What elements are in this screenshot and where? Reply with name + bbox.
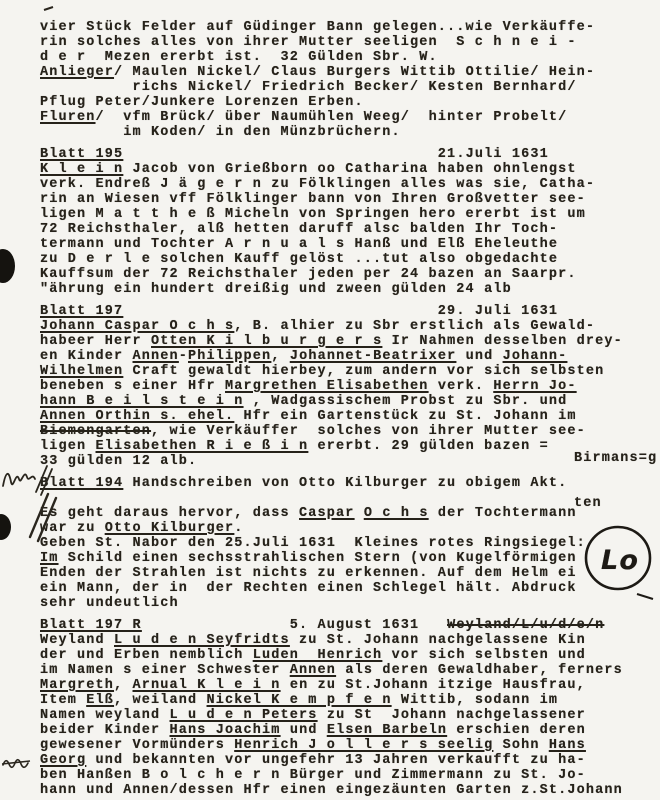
text-segment: gewesener Vormünders (40, 738, 234, 753)
text-line: habeer Herr Otten K i l b u r g e r s Ir… (40, 334, 654, 349)
block-blatt-197r: Blatt 197 R 5. August 1631 Weyland/L/u/d… (40, 618, 654, 798)
text-line: Georg und bekannten vor ungefehr 13 Jahr… (40, 753, 654, 768)
text-line: en Kinder Annen-Philippen, Johannet-Beat… (40, 349, 654, 364)
underlined-text: Blatt 197 (40, 304, 123, 319)
text-segment: / Maulen Nickel/ Claus Burgers Wittib Ot… (114, 65, 595, 80)
text-segment: / vfm Brück/ über Naumühlen Weeg/ hinter… (96, 110, 568, 125)
text-segment: der und Erben nemblich (40, 648, 253, 663)
text-line: 72 Reichsthaler, alß hetten daruff alsc … (40, 222, 654, 237)
underlined-text: Otten K i l b u r g e r s (151, 334, 382, 349)
text-line: Wilhelmen Craft gewaldt hierbey, zum and… (40, 364, 654, 379)
underlined-text: Elß (86, 693, 114, 708)
underlined-text: Margrethen Elisabethen (225, 379, 429, 394)
text-line: Pflug Peter/Junkere Lorenzen Erben. (40, 95, 654, 110)
text-line: ein Mann, der in der Rechten einen Schle… (40, 581, 654, 596)
underlined-text: Hans Joachim (170, 723, 281, 738)
text-line: im Namen s einer Schwester Annen als der… (40, 663, 654, 678)
text-segment: zu D e r l e solchen Kauff gelöst ...tut… (40, 252, 558, 267)
text-segment: "ährung ein hundert dreißig und zween gü… (40, 282, 512, 297)
block-blatt-194: Blatt 194 Handschreiben von Otto Kilburg… (40, 476, 654, 611)
text-segment: - (179, 349, 188, 364)
margin-note-birmansgarten: Birmans=g ten (574, 421, 657, 541)
underlined-text: Henrich J o l l e r s seelig (234, 738, 493, 753)
text-segment: im Koden/ in den Münzbrüchern. (40, 125, 401, 140)
margin-note-line: ten (574, 496, 657, 511)
text-segment: verk. Endreß J ä g e r n zu Fölklingen a… (40, 177, 595, 192)
text-segment: zu St Johann nachgelassener (318, 708, 586, 723)
text-segment: Wittib, sodann im (392, 693, 559, 708)
struck-text: Weyland/L/u/d/e/n (447, 618, 604, 633)
text-line: Blatt 194 Handschreiben von Otto Kilburg… (40, 476, 654, 491)
underlined-text: Johann Caspar O c h s (40, 319, 234, 334)
underlined-text: Blatt 197 R (40, 618, 142, 633)
text-segment: beneben s einer Hfr (40, 379, 225, 394)
underlined-text: Anlieger (40, 65, 114, 80)
text-line: Weyland L u d e n Seyfridts zu St. Johan… (40, 633, 654, 648)
underlined-text: Blatt 195 (40, 147, 123, 162)
text-segment: Pflug Peter/Junkere Lorenzen Erben. (40, 95, 364, 110)
underlined-text: K l e i n (40, 162, 123, 177)
text-line: hann und Annen/dessen Hfr einen eingezäu… (40, 783, 654, 798)
text-segment: Namen weyland (40, 708, 170, 723)
bottom-scribble-annotation (2, 760, 30, 768)
text-segment: 21.Juli 1631 (123, 147, 549, 162)
text-segment: ben Hanßen B o l c h e r n Bürger und Zi… (40, 768, 586, 783)
text-line: 33 gülden 12 alb. (40, 454, 654, 469)
text-segment: und (281, 723, 327, 738)
text-segment: d e r Mezen ererbt ist. 32 Gülden Sbr. W… (40, 50, 438, 65)
text-line: Blatt 195 21.Juli 1631 (40, 147, 654, 162)
underlined-text: Annen (290, 663, 336, 678)
block-fragment-guedinger: vier Stück Felder auf Güdinger Bann gele… (40, 20, 654, 140)
text-segment: Es geht daraus hervor, dass (40, 506, 299, 521)
underlined-text: Elsen Barbeln (327, 723, 447, 738)
text-segment: habeer Herr (40, 334, 151, 349)
typescript-page: vier Stück Felder auf Güdinger Bann gele… (0, 0, 660, 800)
text-segment: , (114, 678, 133, 693)
text-line: "ährung ein hundert dreißig und zween gü… (40, 282, 654, 297)
text-segment: ligen (40, 439, 96, 454)
text-line: ligen M a t t h e ß Micheln von Springen… (40, 207, 654, 222)
text-line (40, 491, 654, 506)
text-line: im Koden/ in den Münzbrüchern. (40, 125, 654, 140)
underlined-text: Elisabethen R i e ß i n (96, 439, 309, 454)
text-line: Annen Orthin s. ehel. Hfr ein Gartenstüc… (40, 409, 654, 424)
text-segment: Kauffsum der 72 Reichsthaler jeden per 2… (40, 267, 577, 282)
text-segment: rin solches alles von ihrer Mutter seeli… (40, 35, 577, 50)
text-segment: 33 gülden 12 alb. (40, 454, 197, 469)
underlined-text: L u d e n Seyfridts (114, 633, 290, 648)
text-segment: , weiland (114, 693, 207, 708)
text-segment: Weyland (40, 633, 114, 648)
text-line: rin solches alles von ihrer Mutter seeli… (40, 35, 654, 50)
text-line: Kauffsum der 72 Reichsthaler jeden per 2… (40, 267, 654, 282)
text-segment: , B. alhier zu Sbr erstlich als Gewald- (234, 319, 595, 334)
text-segment: ererbt. 29 gülden bazen = (308, 439, 549, 454)
text-line: d e r Mezen ererbt ist. 32 Gülden Sbr. W… (40, 50, 654, 65)
text-line: ben Hanßen B o l c h e r n Bürger und Zi… (40, 768, 654, 783)
struck-text: Biemengarten (40, 424, 151, 439)
text-segment: Craft gewaldt hierbey, zum andern vor si… (123, 364, 604, 379)
text-segment: Ir Nahmen desselben drey- (382, 334, 623, 349)
underlined-text: O c h s (364, 506, 429, 521)
text-segment: ein Mann, der in der Rechten einen Schle… (40, 581, 577, 596)
margin-scribble-icon (3, 474, 35, 486)
text-segment: 5. August 1631 (142, 618, 447, 633)
text-line: der und Erben nemblich Luden Henrich vor… (40, 648, 654, 663)
text-line: beneben s einer Hfr Margrethen Elisabeth… (40, 379, 654, 394)
text-segment: 29. Juli 1631 (123, 304, 558, 319)
text-segment: , Wadgassischem Probst zu Sbr. und (244, 394, 568, 409)
text-line: sehr undeutlich (40, 596, 654, 611)
text-segment: erschien deren (447, 723, 586, 738)
underlined-text: Fluren (40, 110, 96, 125)
underlined-text: Hans (549, 738, 586, 753)
underlined-text: Johann- (503, 349, 568, 364)
text-line: Johann Caspar O c h s, B. alhier zu Sbr … (40, 319, 654, 334)
underlined-text: Johannet-Beatrixer (290, 349, 457, 364)
margin-note-line: Birmans=g (574, 451, 657, 466)
text-segment: Sohn (493, 738, 549, 753)
underlined-text: Otto Kilburger (105, 521, 235, 536)
text-segment: Geben St. Nabor den 25.Juli 1631 Kleines… (40, 536, 586, 551)
text-line: Margreth, Arnual K l e i n en zu St.Joha… (40, 678, 654, 693)
text-segment: , wie Verkäuffer solches von ihrer Mutte… (151, 424, 586, 439)
text-segment: Item (40, 693, 86, 708)
text-line: Es geht daraus hervor, dass Caspar O c h… (40, 506, 654, 521)
text-segment: Enden der Strahlen ist nichts zu erkenne… (40, 566, 577, 581)
ink-blob-icon (0, 249, 15, 283)
text-line: Blatt 197 R 5. August 1631 Weyland/L/u/d… (40, 618, 654, 633)
text-line: Im Schild einen sechsstrahlischen Stern … (40, 551, 654, 566)
block-blatt-197: Blatt 197 29. Juli 1631Johann Caspar O c… (40, 304, 654, 469)
text-segment: sehr undeutlich (40, 596, 179, 611)
document-text: vier Stück Felder auf Güdinger Bann gele… (40, 20, 654, 798)
text-segment: Jacob von Grießborn oo Catharina haben o… (123, 162, 576, 177)
block-blatt-195: Blatt 195 21.Juli 1631K l e i n Jacob vo… (40, 147, 654, 297)
underlined-text: Annen Orthin s. ehel. (40, 409, 234, 424)
text-line: vier Stück Felder auf Güdinger Bann gele… (40, 20, 654, 35)
text-line: verk. Endreß J ä g e r n zu Fölklingen a… (40, 177, 654, 192)
underlined-text: Im (40, 551, 59, 566)
text-segment: rin an Wiesen vff Fölklinger bann von Ih… (40, 192, 586, 207)
text-segment: Schild einen sechsstrahlischen Stern (vo… (59, 551, 577, 566)
text-segment (355, 506, 364, 521)
text-line: K l e i n Jacob von Grießborn oo Cathari… (40, 162, 654, 177)
text-line: Item Elß, weiland Nickel K e m p f e n W… (40, 693, 654, 708)
underlined-text: Nickel K e m p f e n (207, 693, 392, 708)
text-line: Geben St. Nabor den 25.Juli 1631 Kleines… (40, 536, 654, 551)
text-line: Enden der Strahlen ist nichts zu erkenne… (40, 566, 654, 581)
text-segment: vor sich selbsten und (382, 648, 586, 663)
underlined-text: Caspar (299, 506, 355, 521)
text-line: Namen weyland L u d e n Peters zu St Joh… (40, 708, 654, 723)
text-line: war zu Otto Kilburger. (40, 521, 654, 536)
text-line: Blatt 197 29. Juli 1631 (40, 304, 654, 319)
text-segment: 72 Reichsthaler, alß hetten daruff alsc … (40, 222, 558, 237)
text-segment: war zu (40, 521, 105, 536)
underlined-text: Arnual K l e i n (133, 678, 281, 693)
text-line: zu D e r l e solchen Kauff gelöst ...tut… (40, 252, 654, 267)
text-segment: ligen M a t t h e ß Micheln von Springen… (40, 207, 586, 222)
underlined-text: Herrn Jo- (493, 379, 576, 394)
text-line: Fluren/ vfm Brück/ über Naumühlen Weeg/ … (40, 110, 654, 125)
text-segment: en zu St.Johann itzige Hausfrau, (281, 678, 586, 693)
underlined-text: Luden Henrich (253, 648, 383, 663)
text-segment: beider Kinder (40, 723, 170, 738)
text-line: gewesener Vormünders Henrich J o l l e r… (40, 738, 654, 753)
text-segment: verk. (429, 379, 494, 394)
text-segment: im Namen s einer Schwester (40, 663, 290, 678)
text-line: beider Kinder Hans Joachim und Elsen Bar… (40, 723, 654, 738)
underlined-text: hann B e i l s t e i n (40, 394, 244, 409)
text-line: richs Nickel/ Friedrich Becker/ Kesten B… (40, 80, 654, 95)
text-segment: und bekannten vor ungefehr 13 Jahren ver… (86, 753, 586, 768)
text-line: Anlieger/ Maulen Nickel/ Claus Burgers W… (40, 65, 654, 80)
pen-dash-mark (44, 7, 53, 10)
scribble-icon (3, 760, 28, 768)
text-segment: richs Nickel/ Friedrich Becker/ Kesten B… (40, 80, 577, 95)
text-segment: vier Stück Felder auf Güdinger Bann gele… (40, 20, 595, 35)
text-segment: und (456, 349, 502, 364)
text-line: hann B e i l s t e i n , Wadgassischem P… (40, 394, 654, 409)
text-segment: Handschreiben von Otto Kilburger zu obig… (123, 476, 567, 491)
text-line: Biemengarten, wie Verkäuffer solches von… (40, 424, 654, 439)
underlined-text: L u d e n Peters (170, 708, 318, 723)
text-segment: , (271, 349, 290, 364)
text-segment: als deren Gewaldhaber, ferners (336, 663, 623, 678)
underlined-text: Philippen (188, 349, 271, 364)
underlined-text: Annen (133, 349, 179, 364)
text-line: rin an Wiesen vff Fölklinger bann von Ih… (40, 192, 654, 207)
ink-blob-icon (0, 514, 11, 540)
text-segment: . (234, 521, 243, 536)
text-segment: termann und Tochter A r n u a l s Hanß u… (40, 237, 558, 252)
underlined-text: Blatt 194 (40, 476, 123, 491)
text-segment: hann und Annen/dessen Hfr einen eingezäu… (40, 783, 623, 798)
text-segment: en Kinder (40, 349, 133, 364)
text-segment: Hfr ein Gartenstück zu St. Johann im (234, 409, 576, 424)
text-segment: der Tochtermann (429, 506, 577, 521)
text-line: termann und Tochter A r n u a l s Hanß u… (40, 237, 654, 252)
text-line: ligen Elisabethen R i e ß i n ererbt. 29… (40, 439, 654, 454)
strike-line-icon (2, 761, 30, 764)
text-segment: zu St. Johann nachgelassene Kin (290, 633, 586, 648)
underlined-text: Margreth (40, 678, 114, 693)
underlined-text: Wilhelmen (40, 364, 123, 379)
underlined-text: Georg (40, 753, 86, 768)
